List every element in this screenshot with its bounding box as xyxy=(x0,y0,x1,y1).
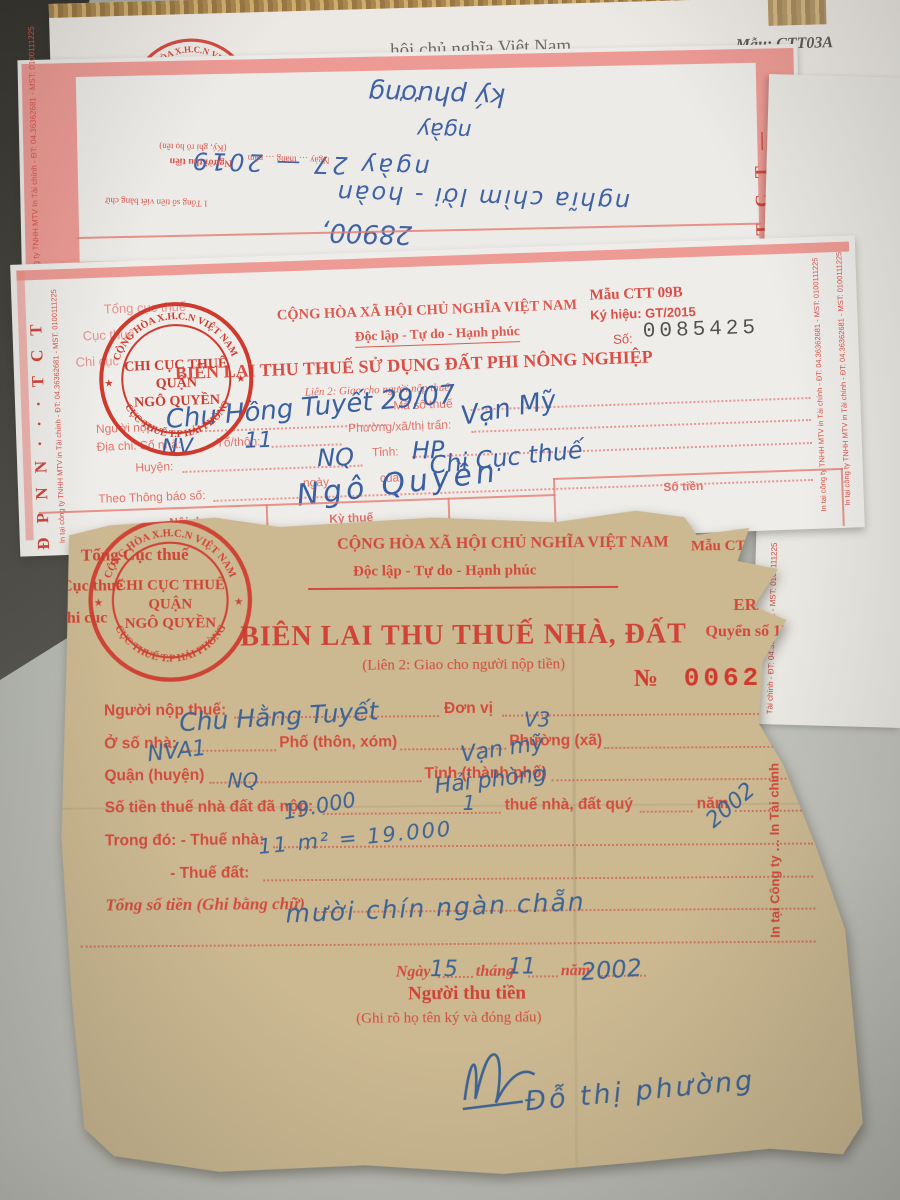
round-stamp-ctt09a: CỘNG HÒA X.H.C.N VIỆT NAM CỤC THUẾ T.P H… xyxy=(85,514,256,685)
hw-signature-name: Đỗ thị phường xyxy=(524,1065,757,1118)
collector-label: Người thu tiền xyxy=(408,983,526,1006)
receipt-title: BIÊN LAI THU THUẾ NHÀ, ĐẤT xyxy=(203,618,723,654)
printer-info-vertical: In tại Công ty … In Tài chính xyxy=(766,678,783,938)
hw-month: 11 xyxy=(508,954,536,979)
table-col-sotien: Số tiền xyxy=(663,479,703,494)
field-total-words: Tổng số tiền (Ghi bằng chữ) xyxy=(105,894,305,915)
field-breakdown: Trong đó: - Thuế nhà: xyxy=(105,831,264,850)
hw-year: 2002 xyxy=(580,954,643,987)
form-code-ctt09b: Mẫu CTT 09B xyxy=(589,284,683,304)
receipt-number-value: 0085425 xyxy=(643,317,760,344)
stamp-star-right: ★ xyxy=(234,597,244,608)
hw-house: NVA1 xyxy=(146,736,207,767)
aged-paper: Tổng Cục thuế Cục thuế Chi cục CỘNG HÒA … xyxy=(53,502,868,1198)
hw-district: NQ xyxy=(317,443,355,472)
form-code-ctt09a: Mẫu CTT 09A xyxy=(691,538,785,556)
field-district: Huyện: xyxy=(135,459,173,474)
field-tax-quarter: thuế nhà, đất quý xyxy=(505,796,633,815)
photo-of-tax-receipts: hội chủ nghĩa Việt Nam Mẫu: CTT03A CỘNG … xyxy=(0,0,900,1200)
dotted-line xyxy=(81,941,816,948)
national-line-1: CỘNG HÒA XÃ HỘI CHỦ NGHĨA VIỆT NAM xyxy=(288,533,718,554)
hw-quarter: 1 xyxy=(463,791,476,815)
field-street: Phố (thôn, xóm) xyxy=(279,733,397,752)
stamp-star-right: ★ xyxy=(236,374,245,385)
stamp-line2: QUẬN xyxy=(148,595,192,612)
hw-year-side: 2002 xyxy=(701,778,760,833)
printed-sign-note: (Ký, ghi rõ họ tên) xyxy=(159,141,227,153)
national-line-1: CỘNG HÒA XÃ HỘI CHỦ NGHĨA VIỆT NAM xyxy=(262,297,592,326)
stamp-line3: NGÔ QUYỀN xyxy=(134,391,220,411)
field-unit: Đơn vị xyxy=(444,700,493,718)
printer-info-vertical: In tại công ty TNHH MTV in Tài chính - Đ… xyxy=(812,292,829,512)
stamp-line3: NGÔ QUYỀN xyxy=(125,614,217,632)
dotted-line xyxy=(604,746,816,749)
national-line-2: Độc lập - Tự do - Hạnh phúc xyxy=(355,323,521,348)
field-district: Quận (huyện) xyxy=(104,767,204,786)
receipt-no-value: 006256 xyxy=(684,663,802,694)
field-notice: Theo Thông báo số: xyxy=(98,488,206,506)
field-day: Ngày xyxy=(396,963,431,981)
receipt-number-label: Số: xyxy=(613,331,633,347)
hw-total-words: mười chín ngàn chẵn xyxy=(285,887,586,929)
gold-corner-ornament xyxy=(768,0,827,26)
handwriting-line: ngày xyxy=(417,116,472,143)
round-stamp-ctt09b: CỘNG HÒA X.H.C.N VIỆT NAM CỤC THUẾ T.P H… xyxy=(94,296,259,461)
printer-info-vertical: In tại công ty TNHH MTV in Tài chính - Đ… xyxy=(835,286,852,506)
national-line-2: Độc lập - Tự do - Hạnh phúc xyxy=(353,562,536,580)
handwriting-line: ký phương xyxy=(368,77,506,111)
hw-day: 15 xyxy=(430,957,458,982)
hw-district: NQ xyxy=(227,768,258,792)
receipt-ctt09a: Tổng Cục thuế Cục thuế Chi cục CỘNG HÒA … xyxy=(53,502,868,1198)
stamp-line1: CHI CỤC THUẾ xyxy=(115,576,225,594)
field-province: Tỉnh: xyxy=(372,444,399,459)
sign-note: (Ghi rõ họ tên ký và đóng dấu) xyxy=(356,1009,542,1027)
stamp-line2: QUẬN xyxy=(155,373,197,391)
hw-ward: Vạn Mỹ xyxy=(459,385,559,431)
stamp-star-left: ★ xyxy=(104,378,113,389)
book-symbol: ER/01 xyxy=(733,595,778,615)
scribble-underline xyxy=(463,1102,523,1109)
dotted-line xyxy=(263,876,813,882)
field-ward: Phường/xã/thị trấn: xyxy=(348,418,452,436)
printed-collector: Người thu tiền xyxy=(169,155,231,168)
hw-amount: 19.000 xyxy=(281,788,358,825)
field-land-tax: - Thuế đất: xyxy=(170,864,249,883)
stamp-line1: CHI CỤC THUẾ xyxy=(124,354,228,375)
dotted-line xyxy=(640,810,693,812)
hw-unit: V3 xyxy=(524,707,551,731)
stamp-star-left: ★ xyxy=(94,598,104,609)
receipt-no-label: № xyxy=(634,666,658,693)
